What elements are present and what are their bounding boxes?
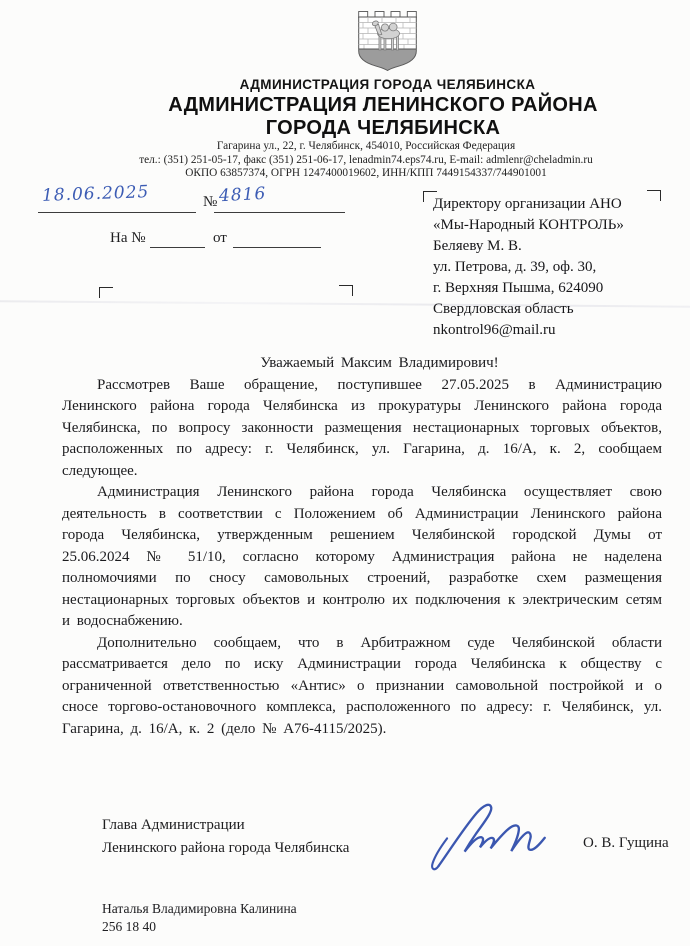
body-paragraph: Рассмотрев Ваше обращение, поступившее 2… xyxy=(62,375,662,483)
executor-name: Наталья Владимировна Калинина xyxy=(102,900,297,918)
outgoing-number-handwritten: 4816 xyxy=(219,184,267,206)
reply-date-blank-line xyxy=(233,247,321,248)
org-codes: ОКПО 63857374, ОГРН 1247400019602, ИНН/К… xyxy=(60,167,672,181)
letter-page: АДМИНИСТРАЦИЯ ГОРОДА ЧЕЛЯБИНСКА АДМИНИСТ… xyxy=(0,0,690,946)
coat-of-arms-icon xyxy=(358,9,417,71)
corner-mark-stamp-right xyxy=(339,285,353,296)
number-blank-line xyxy=(214,212,345,213)
date-blank-line xyxy=(38,212,196,213)
reply-from-label: от xyxy=(213,230,227,247)
org-requisites: Гагарина ул., 22, г. Челябинск, 454010, … xyxy=(60,140,672,181)
signer-title: Глава Администрации Ленинского района го… xyxy=(102,814,349,859)
corner-mark-stamp-left xyxy=(99,287,113,298)
reply-ref-label: На № xyxy=(110,230,146,247)
addressee-email: nkontrol96@mail.ru xyxy=(433,320,668,341)
org-title-line2: ГОРОДА ЧЕЛЯБИНСКА xyxy=(153,117,613,140)
letter-body: Уважаемый Максим Владимирович! Рассмотре… xyxy=(62,353,662,740)
body-paragraph: Дополнительно сообщаем, что в Арбитражно… xyxy=(62,633,662,741)
executor-block: Наталья Владимировна Калинина 256 18 40 xyxy=(102,900,297,935)
org-address: Гагарина ул., 22, г. Челябинск, 454010, … xyxy=(60,140,672,154)
org-title: АДМИНИСТРАЦИЯ ЛЕНИНСКОГО РАЙОНА ГОРОДА Ч… xyxy=(153,94,613,140)
signer-title-line2: Ленинского района города Челябинска xyxy=(102,837,349,860)
handwritten-signature-icon xyxy=(428,789,550,875)
org-parent-title: АДМИНИСТРАЦИЯ ГОРОДА ЧЕЛЯБИНСКА xyxy=(160,77,615,92)
reply-number-blank-line xyxy=(150,247,205,248)
addressee-line: ул. Петрова, д. 39, оф. 30, xyxy=(433,257,668,278)
body-paragraph: Администрация Ленинского района города Ч… xyxy=(62,482,662,633)
addressee-line: Директору организации АНО xyxy=(433,194,668,215)
number-sign: № xyxy=(203,194,217,211)
executor-phone: 256 18 40 xyxy=(102,918,297,936)
outgoing-date-handwritten: 18.06.2025 xyxy=(42,182,150,206)
org-title-line1: АДМИНИСТРАЦИЯ ЛЕНИНСКОГО РАЙОНА xyxy=(153,94,613,117)
org-contacts: тел.: (351) 251-05-17, факс (351) 251-06… xyxy=(60,154,672,168)
signer-title-line1: Глава Администрации xyxy=(102,814,349,837)
addressee-line: Беляеву М. В. xyxy=(433,236,668,257)
addressee-line: г. Верхняя Пышма, 624090 xyxy=(433,278,668,299)
addressee-line: Свердловская область xyxy=(433,299,668,320)
addressee-line: «Мы-Народный КОНТРОЛЬ» xyxy=(433,215,668,236)
salutation: Уважаемый Максим Владимирович! xyxy=(62,353,662,375)
signer-name: О. В. Гущина xyxy=(583,835,669,852)
addressee-block: Директору организации АНО «Мы-Народный К… xyxy=(433,194,668,341)
